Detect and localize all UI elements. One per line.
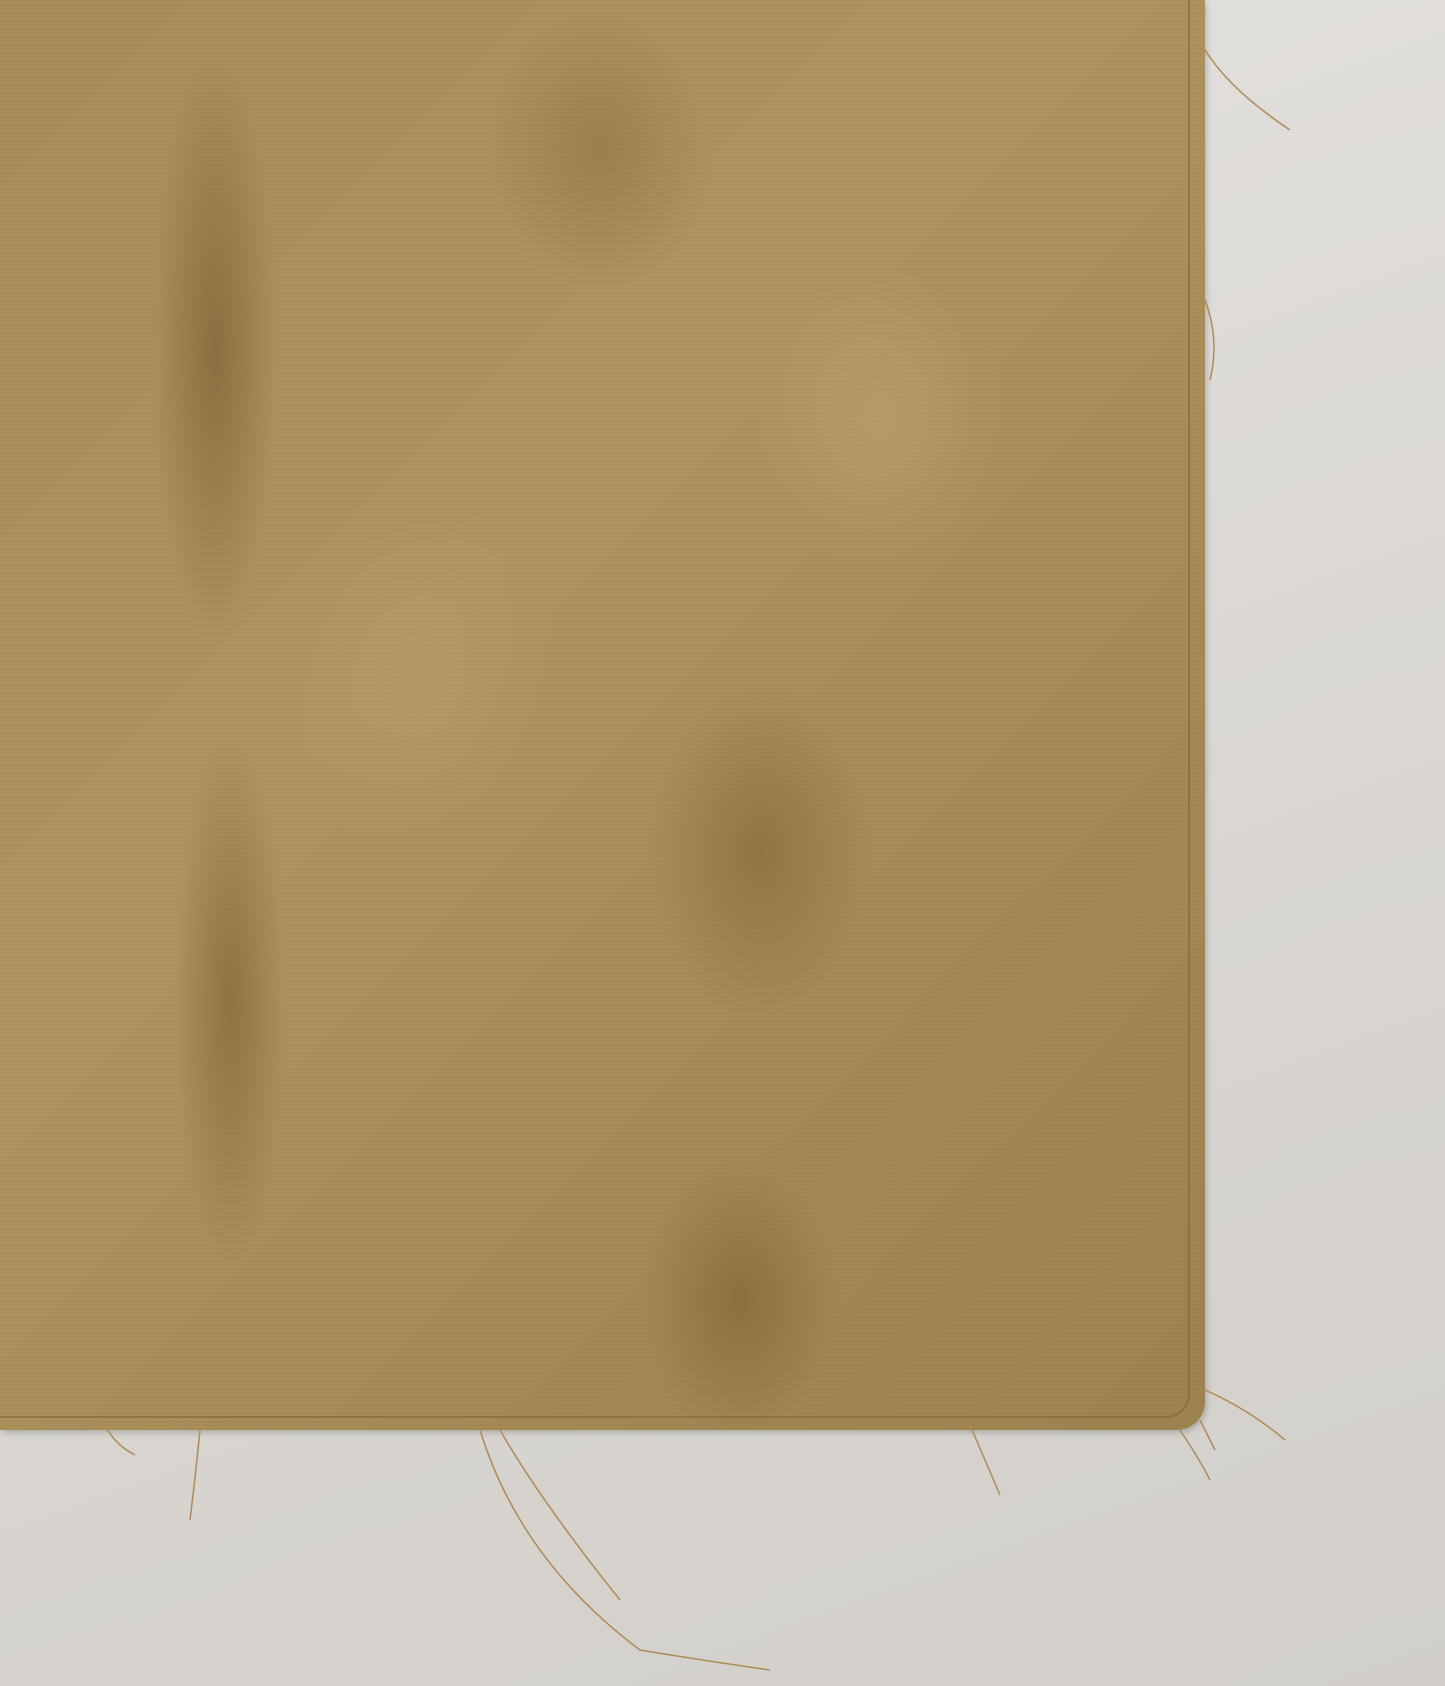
loose-threads <box>0 0 1445 1686</box>
